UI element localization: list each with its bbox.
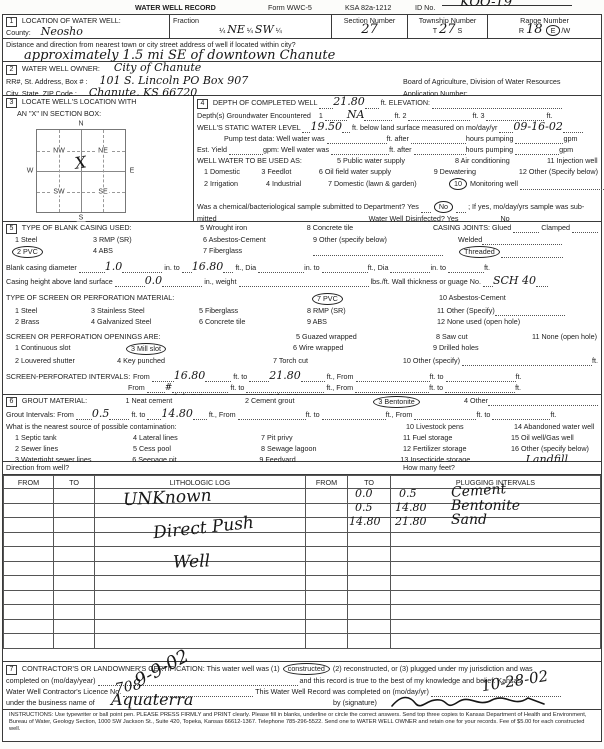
header-from2: FROM — [306, 476, 348, 489]
opening-2: 2 Louvered shutter — [15, 356, 117, 366]
instructions-block: INSTRUCTIONS: Use typewriter or ball poi… — [2, 710, 602, 742]
casing-option-2-circled: 2 PVC — [12, 246, 43, 258]
form-id-label: ID No. — [415, 3, 435, 12]
township-prefix: T — [433, 26, 437, 35]
contamination-8: 8 Sewage lagoon — [261, 444, 403, 454]
ft-to: ft. to — [430, 372, 444, 381]
screen-material-1: 1 Steel — [15, 306, 91, 316]
contamination-2: 2 Sewer lines — [15, 444, 133, 454]
wall-thickness-label: lbs./ft. Wall thickness or guage No. — [371, 277, 481, 286]
contamination-10: 10 Livestock pens — [406, 422, 514, 432]
form-id-value: KOO-19 — [460, 0, 512, 8]
static-level-mid: ft. below land surface measured on mo/da… — [352, 123, 497, 132]
joint-clamped: Clamped — [541, 223, 570, 232]
pump-after: ft. after — [387, 134, 409, 143]
static-level-label: WELL'S STATIC WATER LEVEL — [197, 123, 300, 132]
quadrant-ne-label: NE — [96, 147, 110, 154]
screen-material-9: 9 ABS — [307, 317, 437, 327]
by-signature-label: by (signature) — [333, 698, 377, 708]
opening-4: 4 Key punched — [117, 356, 273, 366]
grout-ft-end: ft. — [550, 410, 556, 419]
groundwater-2-label: ft. 2 — [394, 111, 406, 120]
table-row — [4, 605, 601, 620]
use-option-9: 9 Dewatering — [434, 167, 519, 177]
grout-ft-to: ft. to — [131, 410, 145, 419]
owner-title: WATER WELL OWNER: — [22, 64, 100, 73]
table-header-row: FROM TO LITHOLOGIC LOG FROM TO PLUGGING … — [4, 476, 601, 489]
use-option-11: 11 Injection well — [547, 156, 598, 166]
grout-ft-to3: ft. to — [476, 410, 490, 419]
ft-from: ft., From — [327, 372, 354, 381]
fraction2-value: SW — [255, 23, 274, 36]
section4-number: 4 — [197, 99, 208, 109]
plugging-row1-from: 0.0 — [355, 489, 373, 499]
opening-5: 5 Guazed wrapped — [296, 332, 436, 342]
contamination-4: 4 Lateral lines — [133, 433, 261, 443]
fraction-label: Fraction — [173, 16, 328, 25]
diameter-ft: ft. — [484, 263, 490, 272]
compass-south-label: S — [77, 215, 86, 222]
chem-sample-tail: ; If yes, mo/day/yrs sample was sub- — [468, 202, 584, 211]
casing-height-value: 0.0 — [145, 274, 163, 287]
signature — [388, 692, 548, 712]
casing-option-6: 6 Asbestos-Cement — [203, 235, 313, 245]
static-level-value: 19.50 — [310, 120, 342, 133]
use-option-12: 12 Other (Specify below) — [519, 167, 598, 177]
screen-material-11: 11 Other (Specify) — [437, 306, 495, 315]
ft-from: ft., From — [326, 383, 353, 392]
yield-gpm: gpm — [559, 145, 573, 154]
contamination-1: 1 Septic tank — [15, 433, 133, 443]
opening-1: 1 Continuous slot — [15, 343, 125, 355]
range-west: /W — [561, 26, 570, 35]
quadrant-se-label: SE — [96, 188, 109, 195]
grout-from-value: 0.5 — [92, 407, 110, 420]
plugging-row1-material: Cement — [451, 484, 507, 498]
chem-sample-question: Was a chemical/bacteriological sample su… — [197, 202, 419, 211]
lithologic-log-entry-1: UNKnown — [123, 491, 212, 506]
well-location-x-mark: X — [74, 157, 87, 168]
form-number: Form WWC-5 — [268, 3, 312, 12]
grout-to-value: 14.80 — [161, 407, 193, 420]
board-line: Board of Agriculture, Division of Water … — [403, 77, 561, 87]
contamination-question: What is the nearest source of possible c… — [6, 422, 406, 432]
to-word: ft. to — [230, 383, 244, 392]
section3-locate: 3 LOCATE WELL'S LOCATION WITH AN "X" IN … — [3, 96, 194, 221]
casing-weight-label: in., weight — [204, 277, 236, 286]
constructed-circled: constructed — [283, 663, 330, 675]
opening-8: 8 Saw cut — [436, 332, 532, 342]
pump-gpm: gpm — [563, 134, 577, 143]
compass-west-label: W — [25, 168, 36, 175]
groundwater-ft: ft. — [546, 111, 552, 120]
range-label: Range Number — [491, 16, 598, 25]
distance-row: Distance and direction from nearest town… — [2, 39, 602, 62]
groundwater-3-label: ft. 3 — [472, 111, 484, 120]
opening-11: 11 None (open hole) — [532, 332, 597, 342]
depth-label: DEPTH OF COMPLETED WELL — [213, 98, 317, 107]
grout-ft-from2: ft., From — [209, 410, 236, 419]
table-row — [4, 518, 601, 533]
quarter-mark: ¼ — [219, 26, 225, 35]
screen-intervals-label: SCREEN-PERFORATED INTERVALS: — [6, 372, 131, 382]
from-word: From — [133, 372, 150, 381]
grout-ft-to2: ft. to — [306, 410, 320, 419]
township-value: 27 — [439, 22, 456, 37]
section4-depth: 4 DEPTH OF COMPLETED WELL 21.80 ft. ELEV… — [194, 96, 601, 224]
quarter-mark: ¼ — [247, 26, 253, 35]
section-box: N S W E NW NE SW SE X — [36, 129, 126, 213]
section5-casing: 5 TYPE OF BLANK CASING USED: 5 Wrought i… — [2, 222, 602, 395]
ft-to: ft. to — [429, 383, 443, 392]
openings-title: SCREEN OR PERFORATION OPENINGS ARE: — [6, 332, 296, 342]
from-word: From — [128, 383, 145, 392]
section6-number: 6 — [6, 397, 17, 407]
table-row — [4, 547, 601, 562]
casing-height-label: Casing height above land surface — [6, 277, 113, 286]
groundwater-value: NA — [347, 108, 365, 121]
table-row — [4, 561, 601, 576]
casing-option-9: 9 Other (specify below) — [313, 235, 458, 245]
opening-7: 7 Torch cut — [273, 356, 403, 366]
groundwater-label: Depth(s) Groundwater Encountered — [197, 111, 311, 120]
section1-title: LOCATION OF WATER WELL: — [22, 16, 121, 25]
yield-after: ft. after — [389, 145, 411, 154]
contamination-12: 12 Fertilizer storage — [403, 444, 511, 454]
business-name-value: Aquaterra — [111, 695, 193, 705]
contamination-11: 11 Fuel storage — [403, 433, 511, 443]
est-yield-label: Est. Yield — [197, 145, 227, 154]
table-row — [4, 532, 601, 547]
casing-option-3: 3 RMP (SR) — [93, 235, 203, 245]
grout-option-4: 4 Other — [464, 396, 488, 405]
chem-sample-answer-circled: No — [434, 201, 453, 213]
section3-number: 3 — [6, 98, 17, 108]
water-well-record-form: WATER WELL RECORD Form WWC-5 KSA 82a-121… — [0, 0, 604, 749]
range-east-circled: E — [546, 25, 561, 36]
diameter-in-to: in. to — [164, 263, 180, 272]
opening-6: 6 Wire wrapped — [293, 343, 433, 355]
casing-joints-label: CASING JOINTS: Glued — [433, 223, 511, 232]
owner-value: City of Chanute — [114, 61, 201, 74]
lithologic-table-block: FROM TO LITHOLOGIC LOG FROM TO PLUGGING … — [2, 475, 602, 662]
plugging-row3-from: 14.80 — [349, 517, 381, 527]
depth-value: 21.80 — [333, 95, 365, 108]
county-label: County: — [6, 28, 31, 37]
range-prefix: R — [519, 26, 524, 35]
quadrant-nw-label: NW — [51, 147, 67, 154]
table-row — [4, 619, 601, 634]
quadrant-sw-label: SW — [51, 188, 66, 195]
section5-number: 5 — [6, 224, 17, 234]
opening-10: 10 Other (specify) — [403, 356, 460, 365]
joint-welded: Welded — [458, 235, 482, 244]
plugging-row1-to: 0.5 — [399, 489, 417, 499]
use-option-10-label: Monitoring well — [470, 179, 518, 188]
to-word: ft. to — [233, 372, 247, 381]
grout-title: GROUT MATERIAL: — [22, 396, 87, 405]
contamination-5: 5 Cess pool — [133, 444, 261, 454]
certification-text-1b: (2) reconstructed, or (3) plugged under … — [333, 664, 533, 673]
screen-material-4: 4 Galvanized Steel — [91, 317, 199, 327]
ft-end: ft. — [516, 372, 522, 381]
section3-4-block: 3 LOCATE WELL'S LOCATION WITH AN "X" IN … — [2, 96, 602, 222]
grout-ft-from3: ft., From — [386, 410, 413, 419]
use-option-1: 1 Domestic — [204, 167, 261, 177]
screen-material-7-circled: 7 PVC — [312, 293, 343, 305]
section1-number: 1 — [6, 17, 17, 27]
plugging-row2-to: 14.80 — [395, 503, 427, 513]
diameter-in-to2: in. to — [304, 263, 320, 272]
casing-option-7: 7 Fiberglass — [203, 246, 313, 258]
screen-material-2: 2 Brass — [15, 317, 91, 327]
form-ksa: KSA 82a-1212 — [345, 3, 391, 12]
table-row — [4, 634, 601, 649]
casing-option-1: 1 Steel — [15, 235, 93, 245]
plugging-row2-material: Bentonite — [451, 501, 520, 511]
contamination-7: 7 Pit privy — [261, 433, 403, 443]
static-level-date: 09-16-02 — [513, 120, 562, 133]
diameter-dia3: ft., Dia — [368, 263, 389, 272]
section7-number: 7 — [6, 665, 17, 675]
section1-location-row: 1 LOCATION OF WATER WELL: County: Neosho… — [2, 14, 602, 39]
grout-intervals-label: Grout Intervals: From — [6, 410, 74, 419]
range-value: 18 — [526, 22, 543, 37]
fraction1-value: NE — [227, 23, 245, 36]
section7-certification: 7 CONTRACTOR'S OR LANDOWNER'S CERTIFICAT… — [2, 662, 602, 710]
use-option-5: 5 Public water supply — [337, 156, 455, 166]
depth-after: ft. ELEVATION: — [381, 98, 430, 107]
screen-interval-from1: 16.80 — [174, 369, 206, 382]
section3-title-line1: LOCATE WELL'S LOCATION WITH — [22, 97, 137, 106]
wall-thickness-value: SCH 40 — [493, 274, 536, 287]
casing-option-4: 4 ABS — [93, 246, 203, 258]
ft-end: ft. — [515, 383, 521, 392]
table-row — [4, 590, 601, 605]
screen-material-title: TYPE OF SCREEN OR PERFORATION MATERIAL: — [6, 293, 311, 305]
quarter-mark: ¼ — [276, 26, 282, 35]
header-to1: TO — [54, 476, 95, 489]
screen-material-10: 10 Asbestos-Cement — [439, 293, 506, 305]
lithologic-log-entry-3: Well — [173, 556, 210, 567]
use-option-7: 7 Domestic (lawn & garden) — [328, 179, 446, 189]
contamination-14: 14 Abandoned water well — [514, 422, 594, 432]
plugging-row3-to: 21.80 — [395, 517, 427, 527]
screen-material-8: 8 RMP (SR) — [307, 306, 437, 316]
pump-test-label: Pump test data: Well water was — [224, 134, 325, 143]
screen-interval-to1: 21.80 — [269, 369, 301, 382]
use-label: WELL WATER TO BE USED AS: — [197, 156, 337, 166]
section2-number: 2 — [6, 65, 17, 75]
instructions-text: INSTRUCTIONS: Use typewriter or ball poi… — [3, 710, 601, 736]
section2-owner: 2 WATER WELL OWNER: City of Chanute RR#,… — [2, 62, 602, 96]
diameter-value: 1.0 — [105, 260, 123, 273]
use-option-6: 6 Oil field water supply — [319, 167, 434, 177]
form-header: WATER WELL RECORD Form WWC-5 KSA 82a-121… — [0, 1, 604, 14]
section3-title-line2: AN "X" IN SECTION BOX: — [3, 108, 193, 119]
yield-mid: gpm: Well water was — [263, 145, 329, 154]
opening-9: 9 Drilled holes — [433, 343, 479, 355]
table-row — [4, 576, 601, 591]
address-label: RR#, St. Address, Box # : — [6, 77, 88, 86]
opening-3-circled: 3 Mill slot — [126, 343, 166, 355]
direction-question: Direction from well? — [6, 463, 69, 472]
casing-title: TYPE OF BLANK CASING USED: — [22, 223, 132, 232]
diameter-in-to3: in. to — [430, 263, 446, 272]
opening-10-unit: ft. — [592, 356, 598, 365]
compass-east-label: E — [128, 168, 137, 175]
screen-material-5: 5 Fiberglass — [199, 306, 307, 316]
joint-threaded-circled: Threaded — [459, 246, 500, 258]
casing-option-5: 5 Wrought iron — [200, 223, 307, 234]
contamination-15: 15 Oil well/Gas well — [511, 433, 574, 443]
screen-material-6: 6 Concrete tile — [199, 317, 307, 327]
plugging-row2-from: 0.5 — [355, 503, 373, 513]
groundwater-1: 1 — [319, 111, 323, 120]
yield-hours: hours pumping — [466, 145, 514, 154]
compass-north-label: N — [76, 121, 85, 128]
completed-on-label: completed on (mo/day/year) — [6, 676, 96, 685]
licence-label: Water Well Contractor's Licence No. — [6, 687, 121, 696]
casing-option-8: 8 Concrete tile — [307, 223, 433, 234]
use-option-4: 4 Industrial — [266, 179, 326, 189]
screen-material-3: 3 Stainless Steel — [91, 306, 199, 316]
grout-option-2: 2 Cement grout — [245, 396, 372, 408]
county-value: Neosho — [41, 25, 83, 38]
section6-grout: 6 GROUT MATERIAL: 1 Neat cement 2 Cement… — [2, 395, 602, 462]
diameter-depth-value: 16.80 — [192, 260, 224, 273]
plugging-row3-material: Sand — [451, 515, 487, 525]
screen-material-12: 12 None used (open hole) — [437, 317, 520, 327]
use-option-3: 3 Feedlot — [261, 167, 318, 177]
pump-hours: hours pumping — [466, 134, 514, 143]
grout-option-3-circled: 3 Bentonite — [373, 396, 419, 408]
diameter-label: Blank casing diameter — [6, 263, 77, 272]
direction-row: Direction from well? How many feet? — [2, 462, 602, 475]
diameter-dia2: ft., Dia — [235, 263, 256, 272]
section-number-value: 27 — [335, 25, 404, 35]
feet-question: How many feet? — [403, 463, 455, 473]
township-suffix: S — [458, 26, 463, 35]
form-title: WATER WELL RECORD — [135, 3, 216, 12]
use-option-10-circled: 10 — [449, 178, 467, 190]
business-name-label: under the business name of — [6, 698, 95, 707]
use-option-8: 8 Air conditioning — [455, 156, 547, 166]
use-option-2: 2 Irrigation — [204, 179, 264, 189]
header-from1: FROM — [4, 476, 54, 489]
